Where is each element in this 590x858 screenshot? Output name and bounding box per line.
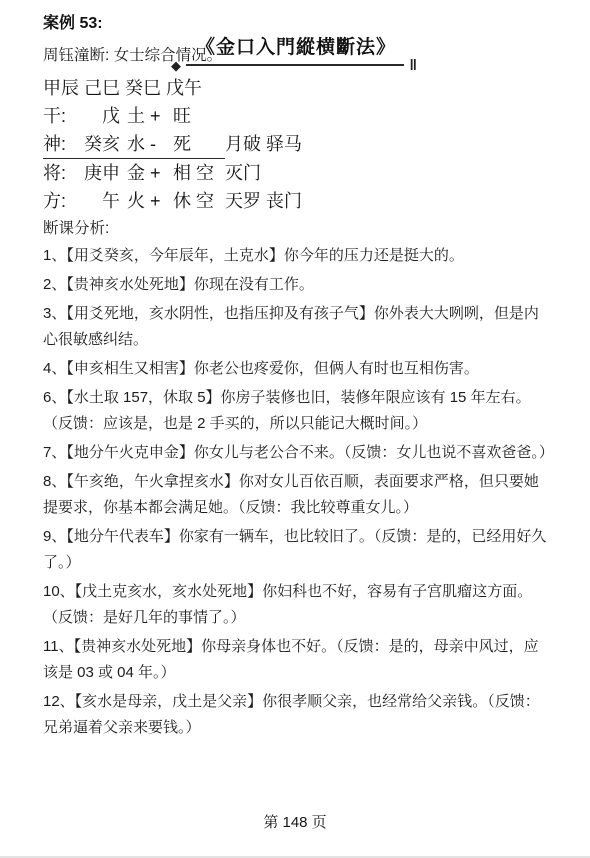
row-label: 神: <box>43 130 83 158</box>
row-state: 相 空 <box>173 159 225 187</box>
row-ganzhi: 庚申 <box>83 159 120 187</box>
row-spirits: 天罗 丧门 <box>225 187 302 215</box>
row-label: 干: <box>43 102 83 130</box>
analysis-item-4: 4、【申亥相生又相害】你老公也疼爱你，但俩人有时也互相伤害。 <box>43 356 547 382</box>
analysis-heading: 断课分析: <box>43 215 547 243</box>
analysis-list: 1、【用爻癸亥，今年辰年，土克水】你今年的压力还是挺大的。 2、【贵神亥水处死地… <box>43 243 547 741</box>
analysis-item-10: 10、【戊土克亥水，亥水处死地】你妇科也不好，容易有子宫肌瘤这方面。（反馈：是好… <box>43 579 547 631</box>
chart-row-gan: 干: 戊 土 + 旺 <box>43 102 547 130</box>
row-main-group: 干: 戊 土 + 旺 <box>43 102 225 130</box>
chart-row-fang: 方: 午 火 + 休 空 天罗 丧门 <box>43 187 547 215</box>
row-ganzhi: 午 <box>83 187 120 215</box>
analysis-item-1: 1、【用爻癸亥，今年辰年，土克水】你今年的压力还是挺大的。 <box>43 243 547 269</box>
row-label: 将: <box>43 159 83 187</box>
row-main-group: 将: 庚申 金 + 相 空 <box>43 159 225 187</box>
row-main-group: 方: 午 火 + 休 空 <box>43 187 225 215</box>
row-ganzhi: 戊 <box>83 102 120 130</box>
analysis-item-9: 9、【地分午代表车】你家有一辆车，也比较旧了。（反馈：是的，已经用好久了。） <box>43 524 547 576</box>
row-state: 休 空 <box>173 187 225 215</box>
row-state: 死 <box>173 130 225 158</box>
row-state: 旺 <box>173 102 225 130</box>
row-element-sign: 土 + <box>127 102 173 130</box>
row-element-sign: 火 + <box>127 187 173 215</box>
analysis-item-3: 3、【用爻死地，亥水阴性，也指压抑及有孩子气】你外表大大咧咧，但是内心很敏感纠结… <box>43 301 547 353</box>
divination-chart: 甲辰 己巳 癸巳 戊午 干: 戊 土 + 旺 神: 癸亥 水 - 死 月破 驿马 <box>43 74 547 215</box>
row-spirits: 灭门 <box>225 159 261 187</box>
case-intro-line: 周钰潼断: 女士综合情况。 <box>43 46 547 66</box>
analysis-item-11: 11、【贵神亥水处死地】你母亲身体也不好。（反馈：是的，母亲中风过，应该是 03… <box>43 634 547 686</box>
row-spirits: 月破 驿马 <box>225 130 302 158</box>
row-label: 方: <box>43 187 83 215</box>
page-number: 第 148 页 <box>263 814 326 831</box>
document-page: ◆ 《金口入門縱横斷法》 ‖ 案例 53: 周钰潼断: 女士综合情况。 甲辰 己… <box>0 0 590 858</box>
chart-row-shen: 神: 癸亥 水 - 死 月破 驿马 <box>43 130 547 159</box>
analysis-item-8: 8、【午亥绝，午火拿捏亥水】你对女儿百依百顺，表面要求严格，但只要她提要求，你基… <box>43 469 547 521</box>
row-main-group-underlined: 神: 癸亥 水 - 死 <box>43 130 225 159</box>
analysis-item-6: 6、【水土取 157，休取 5】你房子装修也旧，装修年限应该有 15 年左右。（… <box>43 385 547 437</box>
page-footer: 第 148 页 <box>0 811 590 832</box>
case-number-label: 案例 53: <box>43 14 547 34</box>
row-element-sign: 金 + <box>127 159 173 187</box>
analysis-item-2: 2、【贵神亥水处死地】你现在没有工作。 <box>43 272 547 298</box>
chart-row-jiang: 将: 庚申 金 + 相 空 灭门 <box>43 159 547 187</box>
analysis-item-12: 12、【亥水是母亲，戊土是父亲】你很孝顺父亲，也经常给父亲钱。（反馈：兄弟逼着父… <box>43 689 547 741</box>
four-pillars-row: 甲辰 己巳 癸巳 戊午 <box>43 74 547 102</box>
page-content: 案例 53: 周钰潼断: 女士综合情况。 甲辰 己巳 癸巳 戊午 干: 戊 土 … <box>43 0 547 744</box>
row-element-sign: 水 - <box>127 130 173 158</box>
analysis-item-7: 7、【地分午火克申金】你女儿与老公合不来。（反馈：女儿也说不喜欢爸爸。） <box>43 440 547 466</box>
row-ganzhi: 癸亥 <box>83 130 120 158</box>
